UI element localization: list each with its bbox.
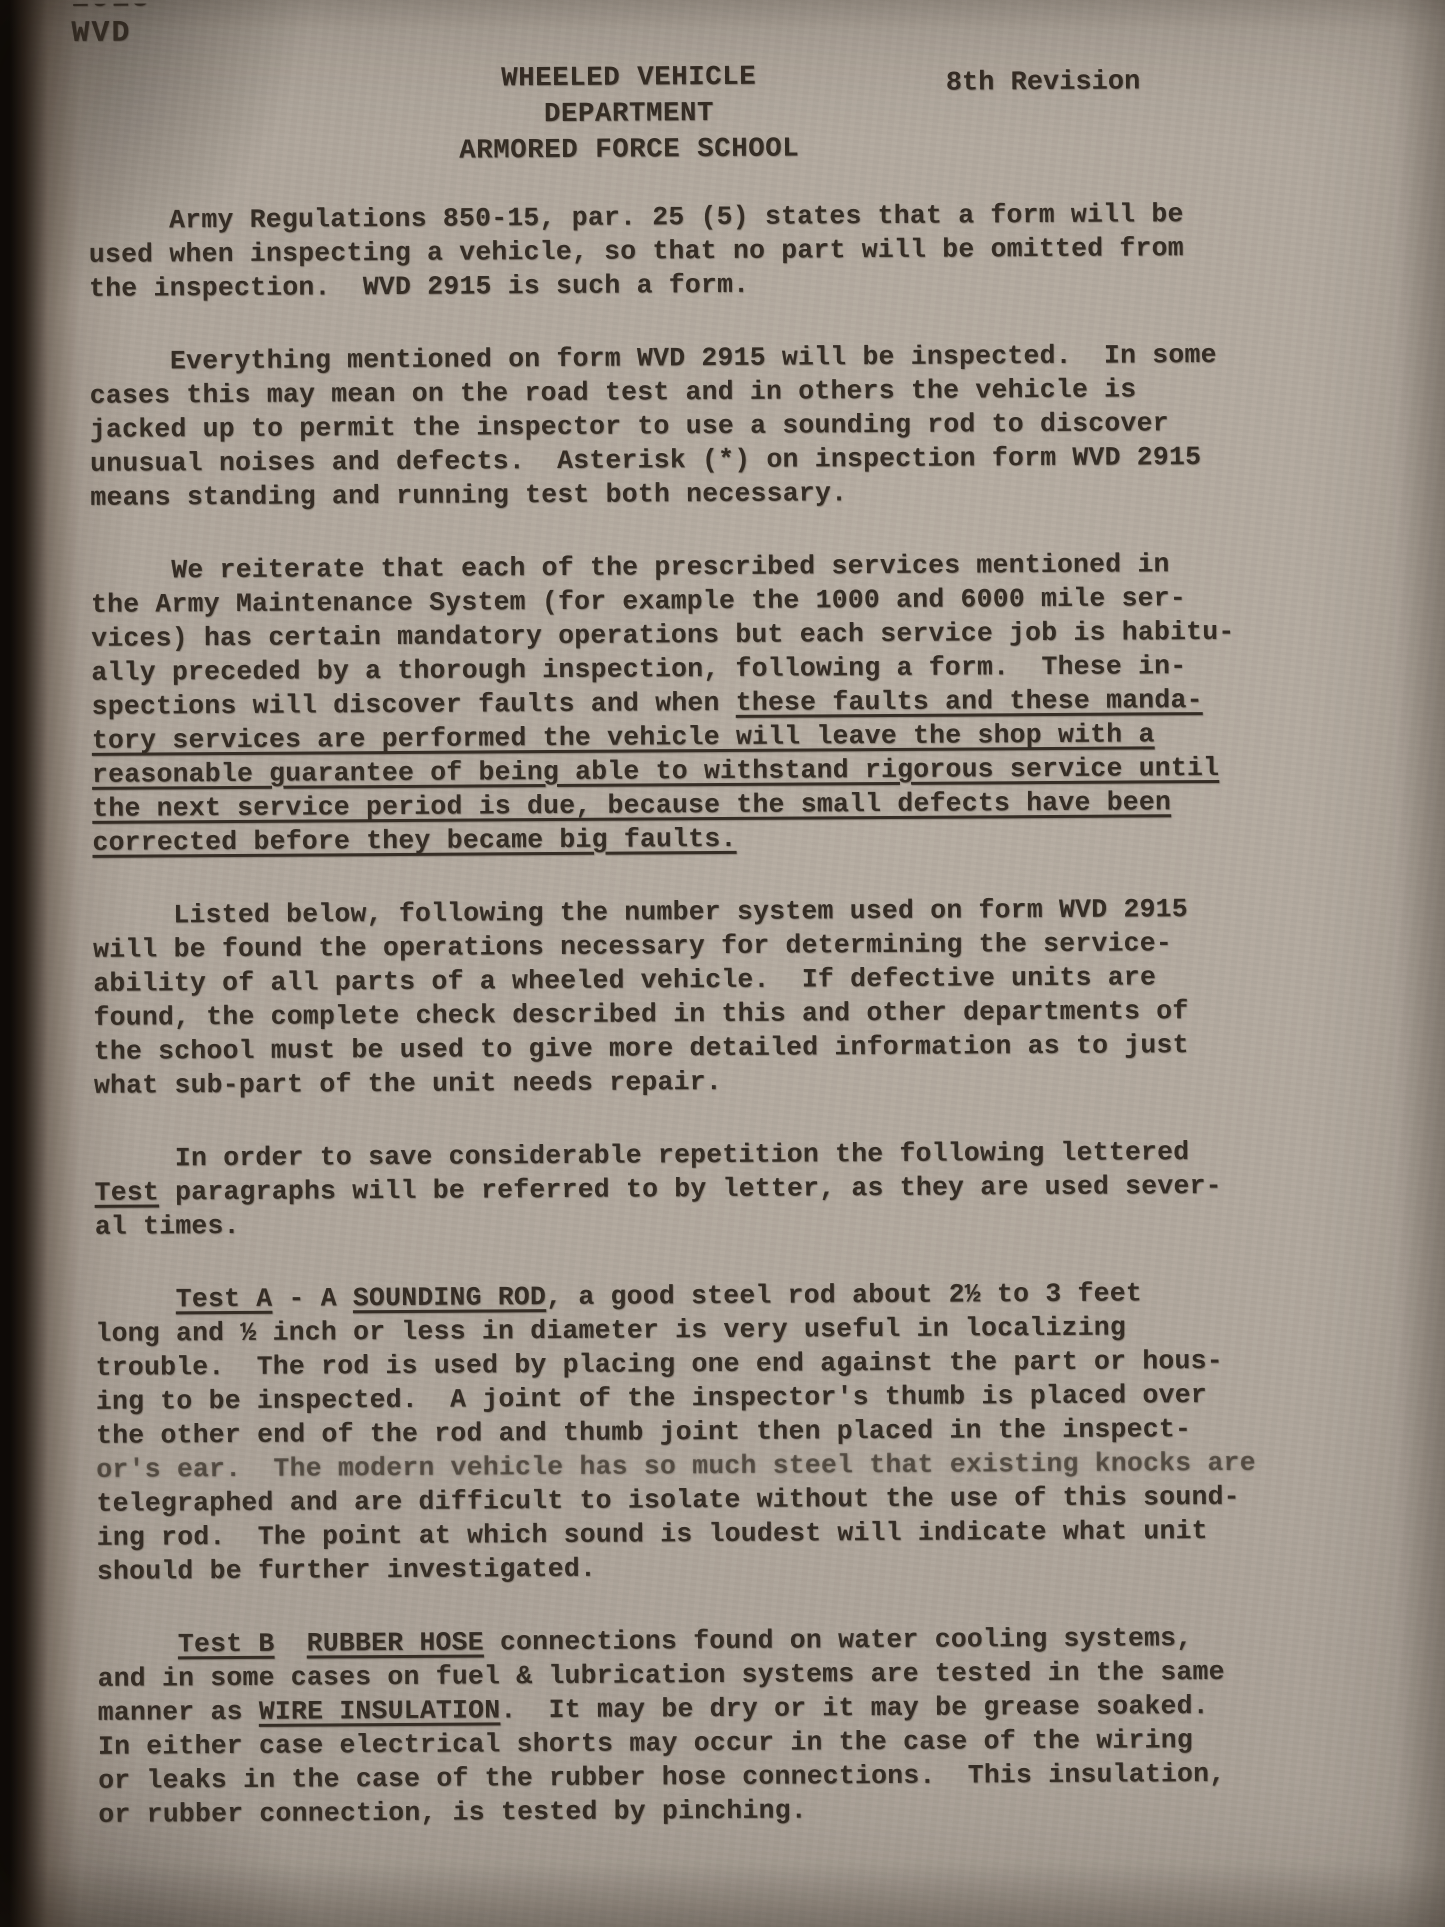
scanned-page-photo: 2915 WVD WHEELED VEHICLE DEPARTMENT ARMO… xyxy=(0,0,1445,1927)
photo-vignette xyxy=(0,0,1445,1927)
